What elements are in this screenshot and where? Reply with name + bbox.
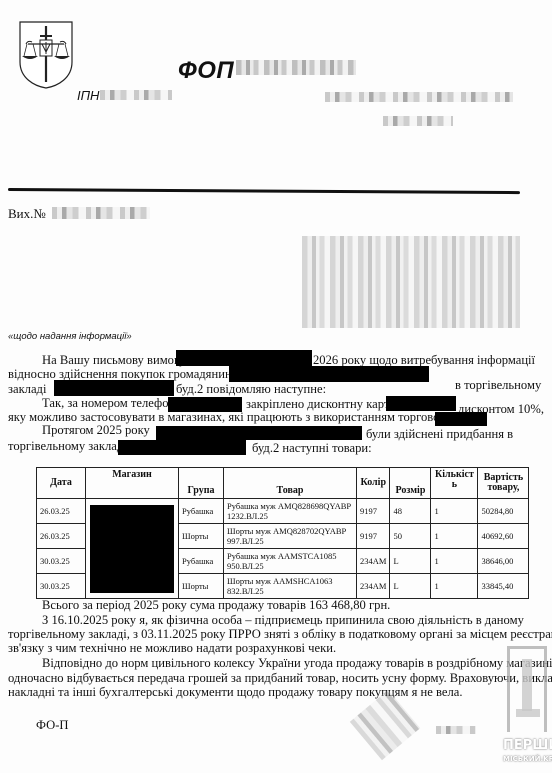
col-color: Колір [357, 468, 390, 499]
cell-size: 50 [390, 524, 431, 549]
signature-label: ФО-П [36, 718, 69, 733]
col-group: Група [179, 468, 224, 499]
redacted-block [156, 426, 362, 440]
cell-item: Рубашка муж AAMSTCA1085 950.ВЛ.25 [224, 549, 357, 574]
outgoing-number-label: Вих.№ [8, 206, 46, 221]
p5-line2: торгівельному закладі, з 03.11.2025 року… [8, 627, 552, 642]
cell-item: Шорты муж AMQ828702QYABP 997.ВЛ.25 [224, 524, 357, 549]
col-item: Товар [224, 468, 357, 499]
redacted-ipn [100, 90, 172, 100]
redacted-signer-name [436, 726, 476, 734]
cell-date: 30.03.25 [37, 549, 86, 574]
redacted-addressee-block [302, 236, 520, 328]
p1-line3b: буд.2 повідомляю наступне: [176, 382, 326, 397]
table-header-row: Дата Магазин Група Товар Колір Розмір Кі… [37, 468, 529, 499]
p6-line1: Відповідно до норм цивільного колексу Ук… [42, 656, 552, 671]
col-price: Вартість товару, [478, 468, 529, 499]
emblem-icon [18, 20, 74, 90]
cell-qty: 1 [431, 499, 478, 524]
watermark-line1: ПЕРШИЙ [503, 738, 552, 753]
redacted-block [229, 366, 429, 382]
cell-group: Рубашка [179, 499, 224, 524]
redacted-signature [350, 690, 420, 760]
cell-color: 9197 [357, 499, 390, 524]
cell-price: 40692,60 [478, 524, 529, 549]
ipn-label: ІПН [77, 88, 99, 103]
redacted-store [90, 505, 174, 593]
cell-group: Рубашка [179, 549, 224, 574]
redacted-outgoing-number [52, 207, 150, 219]
table-row: 26.03.25 Рубашка Рубашка муж AMQ828698QY… [37, 499, 529, 524]
p5-line1: З 16.10.2025 року я, як фізична особа – … [42, 613, 524, 628]
p3-line2b: буд.2 наступні товари: [252, 441, 372, 456]
p3-line1a: Протягом 2025 року [42, 423, 150, 438]
total-line: Всього за період 2025 року сума продажу … [42, 598, 390, 613]
subject-line: «щодо надання інформації» [8, 331, 132, 342]
cell-item: Рубашка муж AMQ828698QYABP 1232.ВЛ.25 [224, 499, 357, 524]
goods-table: Дата Магазин Група Товар Колір Розмір Кі… [36, 467, 529, 599]
p1-line1a: На Вашу письмову вимогу [42, 353, 185, 368]
cell-price: 38646,00 [478, 549, 529, 574]
col-size: Розмір [390, 468, 431, 499]
redacted-block [54, 380, 174, 396]
cell-qty: 1 [431, 549, 478, 574]
cell-size: L [390, 574, 431, 599]
col-qty: Кількість [431, 468, 478, 499]
redacted-block [176, 350, 312, 366]
header-divider [8, 188, 520, 194]
p5-line3: зв'язку з чим технічно не можливо надати… [8, 641, 336, 656]
p2-line1a: Так, за номером телефону [42, 396, 182, 411]
redacted-address-line1 [325, 92, 513, 102]
redacted-block [118, 440, 246, 455]
fop-heading: ФОП [178, 57, 234, 85]
col-store: Магазин [86, 468, 179, 499]
cell-qty: 1 [431, 524, 478, 549]
p3-line1b: були здійснені придбання в [366, 427, 513, 442]
redacted-card [386, 396, 456, 411]
cell-qty: 1 [431, 574, 478, 599]
outgoing-number: Вих.№ [8, 206, 46, 222]
cell-price: 50284,80 [478, 499, 529, 524]
p1-line2b: в торгівельному [455, 378, 541, 393]
cell-size: 48 [390, 499, 431, 524]
watermark-logo: ПЕРШИЙ МІСЬКИЙ.KR [505, 640, 549, 773]
cell-color: 234AM [357, 574, 390, 599]
cell-color: 9197 [357, 524, 390, 549]
col-date: Дата [37, 468, 86, 499]
cell-date: 26.03.25 [37, 524, 86, 549]
cell-group: Шорты [179, 524, 224, 549]
redacted-trademark [435, 412, 487, 426]
p3-line2a: торгівельному закладі [8, 439, 127, 454]
cell-group: Шорты [179, 574, 224, 599]
cell-date: 26.03.25 [37, 499, 86, 524]
watermark-line2: МІСЬКИЙ.KR [503, 755, 552, 763]
redacted-fop-name [236, 60, 356, 75]
cell-price: 33845,40 [478, 574, 529, 599]
p1-line3a: закладі [8, 382, 46, 397]
cell-color: 234AM [357, 549, 390, 574]
watermark-frame-icon [507, 646, 547, 732]
cell-date: 30.03.25 [37, 574, 86, 599]
p6-line2: одночасно відбувається передача грошей з… [8, 671, 552, 686]
cell-size: L [390, 549, 431, 574]
cell-item: Шорты муж AAMSHCA1063 832.ВЛ.25 [224, 574, 357, 599]
fop-label: ФОП [178, 57, 234, 84]
redacted-address-line2 [383, 116, 453, 126]
